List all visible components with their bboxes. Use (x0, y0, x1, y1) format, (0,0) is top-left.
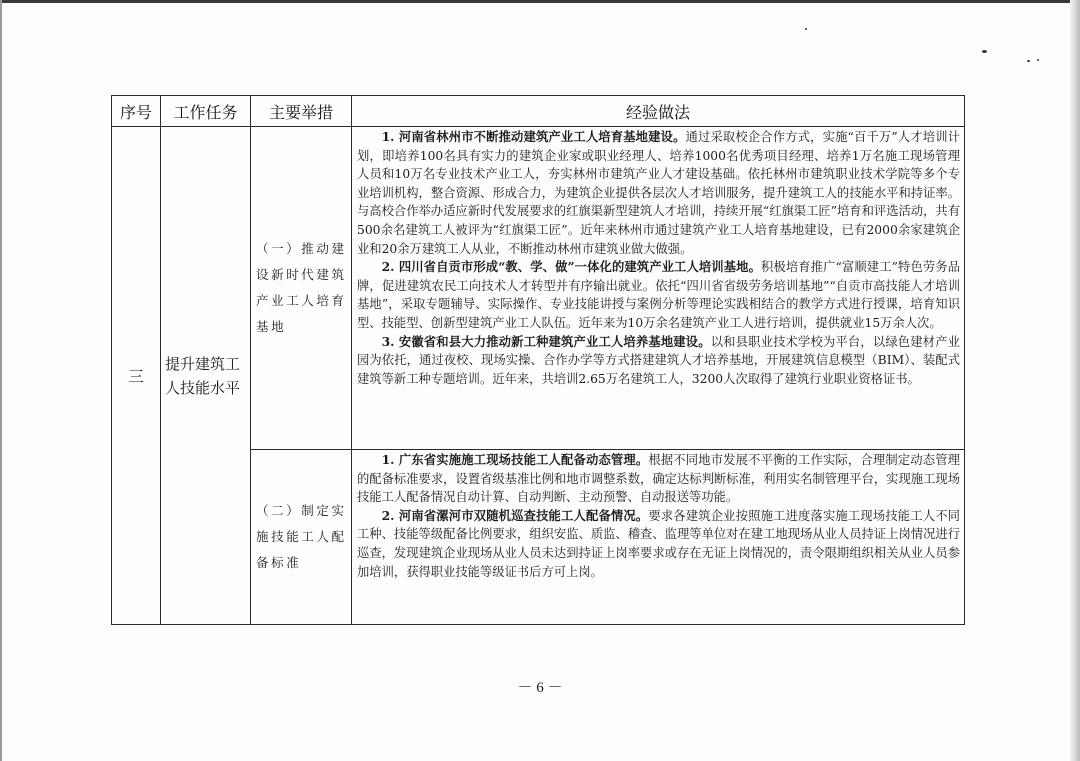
experience-table: 序号 工作任务 主要举措 经验做法 三 提升建筑工人技能水平 （一）推动建设新时… (111, 95, 965, 625)
practice-lead: 1. 广东省实施施工现场技能工人配备动态管理。 (382, 452, 649, 467)
header-measures: 主要举措 (251, 96, 352, 127)
practice-lead: 3. 安徽省和县大力推动新工种建筑产业工人培养基地建设。 (382, 334, 711, 349)
practice-item: 2. 四川省自贡市形成“教、学、做”一体化的建筑产业工人培训基地。积极培育推广“… (357, 258, 960, 332)
scan-edge-top (0, 0, 1080, 3)
header-practices: 经验做法 (352, 96, 965, 127)
practice-lead: 1. 河南省林州市不断推动建筑产业工人培育基地建设。 (382, 129, 686, 144)
scan-edge-right (1070, 0, 1080, 761)
practice-item: 1. 河南省林州市不断推动建筑产业工人培育基地建设。通过采取校企合作方式，实施“… (357, 128, 960, 258)
practice-item: 1. 广东省实施施工现场技能工人配备动态管理。根据不同地市发展不平衡的工作实际，… (357, 451, 960, 507)
practice-item: 3. 安徽省和县大力推动新工种建筑产业工人培养基地建设。以和县职业技术学校为平台… (357, 333, 960, 389)
scan-speck (1027, 60, 1030, 62)
practice-lead: 2. 四川省自贡市形成“教、学、做”一体化的建筑产业工人培训基地。 (382, 259, 761, 274)
header-index: 序号 (112, 96, 161, 127)
page-number: － 6 － (0, 676, 1080, 697)
practices-2: 1. 广东省实施施工现场技能工人配备动态管理。根据不同地市发展不平衡的工作实际，… (352, 450, 965, 625)
scan-speck (982, 50, 987, 53)
scan-speck (805, 28, 807, 30)
section-number: 三 (112, 127, 161, 625)
practices-1: 1. 河南省林州市不断推动建筑产业工人培育基地建设。通过采取校企合作方式，实施“… (352, 127, 965, 450)
work-task: 提升建筑工人技能水平 (161, 127, 251, 625)
scan-edge-left (0, 0, 2, 761)
scan-speck (1037, 59, 1039, 61)
practice-text: 通过采取校企合作方式，实施“百千万”人才培训计划，即培养100名具有实力的建筑企… (357, 130, 960, 256)
measure-2: （二）制定实施技能工人配备标准 (251, 450, 352, 625)
measure-1: （一）推动建设新时代建筑产业工人培育基地 (251, 127, 352, 450)
practice-item: 2. 河南省漯河市双随机巡查技能工人配备情况。要求各建筑企业按照施工进度落实施工… (357, 507, 960, 581)
practice-lead: 2. 河南省漯河市双随机巡查技能工人配备情况。 (382, 508, 649, 523)
header-row: 序号 工作任务 主要举措 经验做法 (112, 96, 965, 127)
header-task: 工作任务 (161, 96, 251, 127)
table-row: 三 提升建筑工人技能水平 （一）推动建设新时代建筑产业工人培育基地 1. 河南省… (112, 127, 965, 450)
